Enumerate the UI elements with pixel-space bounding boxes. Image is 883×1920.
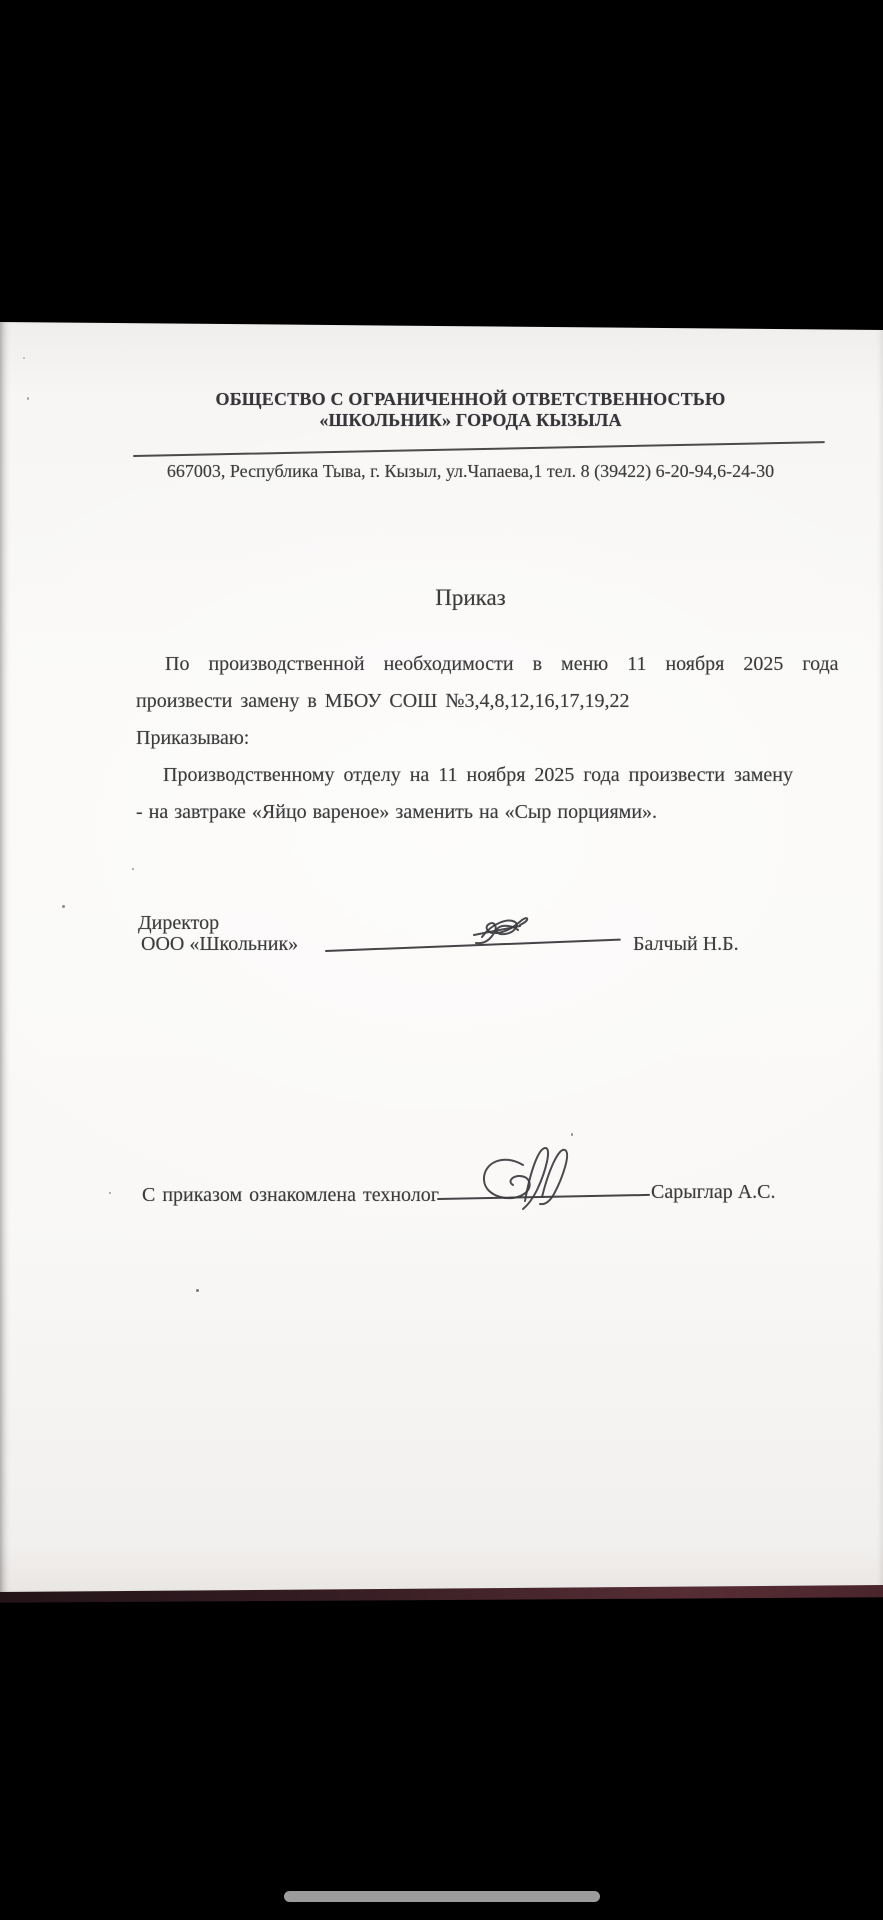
body-paragraph-line2: произвести замену в МБОУ СОШ №3,4,8,12,1…: [136, 689, 629, 713]
order-word: Приказываю:: [136, 726, 249, 750]
paper-speck: [23, 357, 25, 359]
director-name: Балчый Н.Б.: [633, 932, 739, 956]
header-divider-line: [133, 441, 825, 457]
paper-speck: [132, 868, 134, 870]
paper-speck: [62, 905, 65, 908]
org-name-line1: ОБЩЕСТВО С ОГРАНИЧЕННОЙ ОТВЕТСТВЕННОСТЬЮ: [58, 389, 883, 410]
home-indicator[interactable]: [284, 1891, 600, 1902]
paper-speck: [571, 1133, 573, 1136]
director-role-line2: ООО «Школьник»: [141, 932, 298, 956]
technologist-signature: [475, 1139, 600, 1211]
paper-speck: [196, 1289, 199, 1292]
order-line1: Производственному отделу на 11 ноября 20…: [163, 763, 793, 787]
document-title: Приказ: [58, 585, 883, 611]
order-line2: - на завтраке «Яйцо вареное» заменить на…: [136, 800, 657, 824]
document-page: ОБЩЕСТВО С ОГРАНИЧЕННОЙ ОТВЕТСТВЕННОСТЬЮ…: [0, 321, 883, 1593]
paper-speck: [27, 397, 29, 400]
org-header: ОБЩЕСТВО С ОГРАНИЧЕННОЙ ОТВЕТСТВЕННОСТЬЮ…: [58, 389, 883, 431]
org-name-line2: «ШКОЛЬНИК» ГОРОДА КЫЗЫЛА: [58, 410, 883, 431]
paper-speck: [109, 1192, 111, 1194]
photo-viewer-screen: ОБЩЕСТВО С ОГРАНИЧЕННОЙ ОТВЕТСТВЕННОСТЬЮ…: [0, 0, 883, 1920]
org-address-line: 667003, Республика Тыва, г. Кызыл, ул.Ча…: [58, 461, 883, 482]
body-paragraph-line1: По производственной необходимости в меню…: [165, 652, 839, 676]
director-signature: [470, 913, 545, 949]
technologist-ack-label: С приказом ознакомлена технолог: [142, 1183, 439, 1207]
technologist-name: Сарыглар А.С.: [651, 1180, 775, 1204]
